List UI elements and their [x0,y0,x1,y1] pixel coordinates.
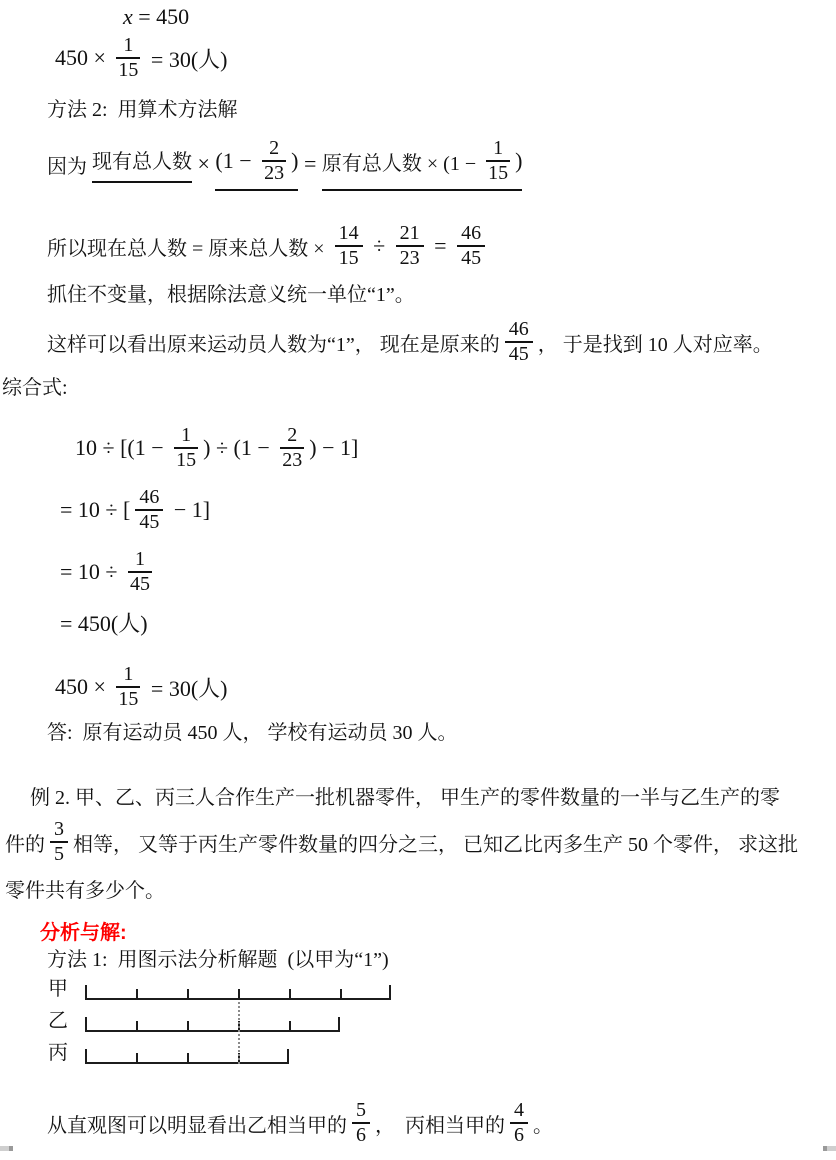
diagram-row: 丙 [48,1038,408,1064]
example2-line-2: 件的 35 相等， 又等于丙生产零件数量的四分之三， 已知乙比丙多生产 50 个… [5,814,798,870]
diagram-row: 甲 [48,974,408,1000]
tick-mark [340,989,342,998]
fraction: 1415 [335,222,363,270]
composite-line-2: = 10 ÷ [ 4645 − 1] [60,482,358,538]
composite-line-1: 10 ÷ [(1 − 115 ) ÷ (1 − 223 ) − 1] [60,420,358,476]
composite-formula-block: 10 ÷ [(1 − 115 ) ÷ (1 − 223 ) − 1] = 10 … [60,420,358,636]
tick-mark [85,1017,87,1030]
method2-heading: 方法 2: 用算术方法解 [47,93,238,121]
tick-mark [187,1021,189,1030]
variable-x: x [123,4,133,30]
answer-line: 答: 原有运动员 450 人， 学校有运动员 30 人。 [47,716,458,744]
note-invariant: 抓住不变量，根据除法意义统一单位“1”。 [47,278,415,306]
tick-mark [85,1049,87,1062]
bar-diagram: 甲乙丙 [48,974,408,1070]
because-equation: 因为 现有总人数 × (1 − 223 ) = 原有总人数 × (1 − 115… [47,136,522,192]
conclusion-line: 从直观图可以明显看出乙相当甲的 56 ， 丙相当甲的 46 。 [47,1095,553,1151]
diagram-row-label: 丙 [48,1042,85,1064]
tick-mark [389,985,391,998]
segment-ruler [85,1018,340,1032]
calc-450-times-one-fifteenth-final: 450 × 115 = 30(人) [55,659,227,715]
fraction: 145 [128,548,152,596]
tick-mark [85,985,87,998]
fraction: 115 [116,34,140,82]
fraction: 35 [50,818,68,866]
dotted-alignment-line [238,1002,240,1064]
tick-mark [287,1049,289,1062]
fraction: 4645 [135,486,163,534]
calc-450-times-one-fifteenth: 450 × 115 = 30(人) [55,30,227,86]
diagram-row: 乙 [48,1006,408,1032]
underlined-rhs-expression: 原有总人数 × (1 − 115 ) [322,137,523,191]
fraction: 115 [116,663,140,711]
example2-line-1: 例 2. 甲、乙、丙三人合作生产一批机器零件， 甲生产的零件数量的一半与乙生产的… [5,780,798,810]
segment-ruler [85,1050,289,1064]
fraction: 4645 [505,318,533,366]
note-ratio: 这样可以看出原来运动员人数为“1”， 现在是原来的 4645 ， 于是找到 10… [47,314,773,370]
segment-ruler [85,986,391,1000]
tick-mark [238,989,240,998]
fraction: 46 [510,1099,528,1147]
example2-paragraph: 例 2. 甲、乙、丙三人合作生产一批机器零件， 甲生产的零件数量的一半与乙生产的… [5,780,798,903]
tick-mark [187,989,189,998]
equation-x-result: x = 450 [123,4,189,30]
so-equation: 所以现在总人数 = 原来总人数 × 1415 ÷ 2123 = 4645 [47,218,490,274]
composite-line-3: = 10 ÷ 145 [60,544,358,600]
analysis-heading: 分析与解: [40,916,127,944]
fraction: 223 [262,137,286,185]
h-scrollbar-fragment-right[interactable] [823,1146,836,1151]
diagram-row-label: 甲 [48,978,85,1000]
underlined-lhs-factor: (1 − 223 ) [215,137,298,191]
composite-line-4: = 450(人) [60,608,358,636]
fraction: 56 [352,1099,370,1147]
fraction: 223 [280,424,304,472]
tick-mark [338,1017,340,1030]
fraction: 2123 [396,222,424,270]
method1-heading: 方法 1: 用图示法分析解题 (以甲为“1”) [47,943,389,971]
scrollbar-track-piece[interactable] [0,1146,9,1151]
scrollbar-track-piece[interactable] [827,1146,836,1151]
diagram-row-label: 乙 [48,1010,85,1032]
example2-line-3: 零件共有多少个。 [5,873,798,903]
tick-mark [136,989,138,998]
composite-label: 综合式: [2,371,68,399]
tick-mark [289,989,291,998]
fraction: 115 [174,424,198,472]
fraction: 4645 [457,222,485,270]
tick-mark [136,1021,138,1030]
tick-mark [136,1053,138,1062]
scrollbar-thumb-edge[interactable] [9,1146,13,1151]
tick-mark [187,1053,189,1062]
underlined-current-total: 现有总人数 [92,145,192,183]
document-page: { "colors": { "text": "#121212", "accent… [0,0,836,1160]
fraction: 115 [486,137,510,185]
tick-mark [289,1021,291,1030]
h-scrollbar-fragment-left[interactable] [0,1146,13,1151]
